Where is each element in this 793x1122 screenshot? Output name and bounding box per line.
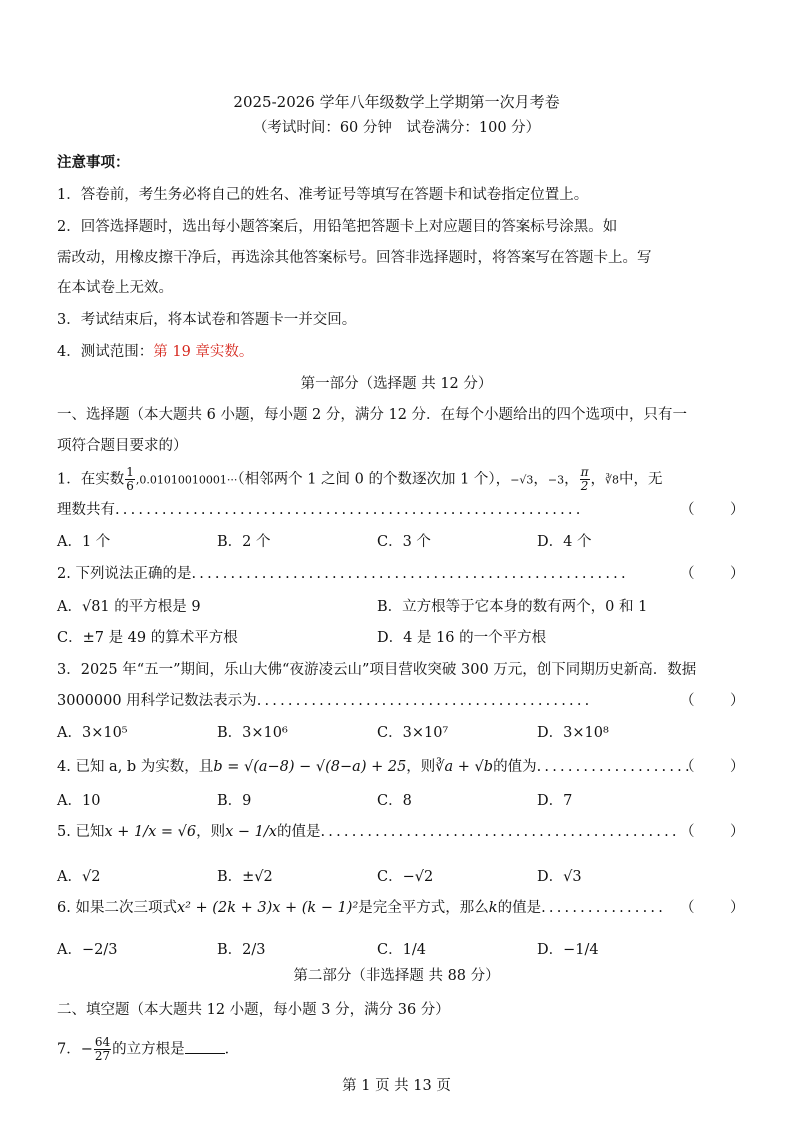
question-2-stem: 2. 下列说法正确的是.............................… — [57, 564, 629, 584]
answer-paren-close: ） — [730, 822, 745, 842]
question-3-line2: 3000000 用科学记数法表示为.......................… — [57, 691, 592, 711]
answer-paren-close: ） — [730, 691, 745, 711]
notes-heading: 注意事项： — [57, 153, 130, 173]
answer-paren-open: （ — [680, 757, 695, 777]
part1-instructions-line2: 项符合题目要求的） — [57, 436, 188, 456]
exam-page: 2025-2026 学年八年级数学上学期第一次月考卷 （考试时间：60 分钟 试… — [0, 0, 793, 1122]
answer-paren-open: （ — [680, 500, 695, 520]
test-range: 第 19 章实数。 — [153, 344, 253, 360]
q6-polynomial: x² + (2k + 3)x + (k − 1)² — [177, 900, 358, 916]
answer-paren-close: ） — [730, 500, 745, 520]
question-1-line2: 理数共有....................................… — [57, 500, 737, 520]
question-5-stem: 5. 已知x + 1/x = √6，则x − 1/x的值是...........… — [57, 822, 680, 842]
q1-option-b[interactable]: B．2 个 — [217, 532, 271, 552]
part1-instructions-line1: 一、选择题（本大题共 6 小题，每小题 2 分，满分 12 分．在每个小题给出的… — [57, 405, 687, 425]
q2-option-d[interactable]: D．4 是 16 的一个平方根 — [377, 628, 546, 648]
q5-option-a[interactable]: A．√2 — [57, 867, 100, 887]
q3-option-a[interactable]: A．3×10⁵ — [57, 723, 128, 743]
q1-option-d[interactable]: D．4 个 — [537, 532, 591, 552]
question-7: 7．−6427的立方根是． — [57, 1036, 239, 1063]
part2-instructions: 二、填空题（本大题共 12 小题，每小题 3 分，满分 36 分） — [57, 1000, 450, 1020]
q2-option-c[interactable]: C．±7 是 49 的算术平方根 — [57, 628, 238, 648]
note-item-4: 4．测试范围：第 19 章实数。 — [57, 342, 253, 362]
fraction-pi-over-2: π2 — [580, 466, 590, 493]
answer-blank[interactable] — [185, 1039, 225, 1054]
answer-paren-close: ） — [730, 564, 745, 584]
q2-option-b[interactable]: B．立方根等于它本身的数有两个，0 和 1 — [377, 597, 647, 617]
exam-title: 2025-2026 学年八年级数学上学期第一次月考卷 — [0, 92, 793, 112]
page-footer: 第 1 页 共 13 页 — [0, 1076, 793, 1096]
q6-option-a[interactable]: A．−2/3 — [57, 940, 117, 960]
q6-option-c[interactable]: C．1/4 — [377, 940, 426, 960]
q3-option-d[interactable]: D．3×10⁸ — [537, 723, 609, 743]
note-item-2-cont2: 在本试卷上无效。 — [57, 278, 173, 298]
part1-heading: 第一部分（选择题 共 12 分） — [0, 374, 793, 394]
answer-paren-close: ） — [730, 757, 745, 777]
note-item-3: 3．考试结束后，将本试卷和答题卡一并交回。 — [57, 310, 356, 330]
q2-option-a[interactable]: A．√81 的平方根是 9 — [57, 597, 201, 617]
q5-expression: x − 1/x — [225, 824, 277, 840]
fraction-one-sixth: 16 — [125, 466, 135, 493]
q3-option-c[interactable]: C．3×10⁷ — [377, 723, 448, 743]
q6-option-d[interactable]: D．−1/4 — [537, 940, 599, 960]
answer-paren-close: ） — [730, 898, 745, 918]
q5-option-c[interactable]: C．−√2 — [377, 867, 433, 887]
q5-option-b[interactable]: B．±√2 — [217, 867, 273, 887]
note-item-4-prefix: 4．测试范围： — [57, 344, 153, 360]
note-item-2-cont: 需改动，用橡皮擦干净后，再选涂其他答案标号。回答非选择题时，将答案写在答题卡上。… — [57, 248, 652, 268]
q4-option-b[interactable]: B．9 — [217, 791, 251, 811]
answer-paren-open: （ — [680, 691, 695, 711]
question-3-line1: 3．2025 年“五一”期间，乐山大佛“夜游凌云山”项目营收突破 300 万元，… — [57, 660, 696, 680]
q4-formula: b = √(a−8) − √(8−a) + 25 — [213, 759, 406, 775]
q4-expression: ∛a + √b — [435, 759, 493, 775]
q6-option-b[interactable]: B．2/3 — [217, 940, 266, 960]
answer-paren-open: （ — [680, 564, 695, 584]
fraction-64-27: 6427 — [94, 1036, 111, 1063]
part2-heading: 第二部分（非选择题 共 88 分） — [0, 966, 793, 986]
note-item-2: 2．回答选择题时，选出每小题答案后，用铅笔把答题卡上对应题目的答案标号涂黑。如 — [57, 217, 617, 237]
q4-option-c[interactable]: C．8 — [377, 791, 412, 811]
question-4-stem: 4. 已知 a, b 为实数，且b = √(a−8) − √(8−a) + 25… — [57, 757, 693, 777]
question-6-stem: 6. 如果二次三项式x² + (2k + 3)x + (k − 1)²是完全平方… — [57, 898, 666, 918]
answer-paren-open: （ — [680, 898, 695, 918]
q1-option-c[interactable]: C．3 个 — [377, 532, 431, 552]
q4-option-a[interactable]: A．10 — [57, 791, 100, 811]
q3-option-b[interactable]: B．3×10⁶ — [217, 723, 288, 743]
q5-option-d[interactable]: D．√3 — [537, 867, 582, 887]
q1-option-a[interactable]: A．1 个 — [57, 532, 110, 552]
q4-option-d[interactable]: D．7 — [537, 791, 572, 811]
answer-paren-open: （ — [680, 822, 695, 842]
note-item-1: 1．答卷前，考生务必将自己的姓名、准考证号等填写在答题卡和试卷指定位置上。 — [57, 185, 588, 205]
exam-subtitle: （考试时间：60 分钟 试卷满分：100 分） — [0, 118, 793, 138]
q5-given: x + 1/x = √6 — [104, 824, 196, 840]
question-1-line1: 1．在实数16,0.01010010001···（相邻两个 1 之间 0 的个数… — [57, 466, 663, 493]
